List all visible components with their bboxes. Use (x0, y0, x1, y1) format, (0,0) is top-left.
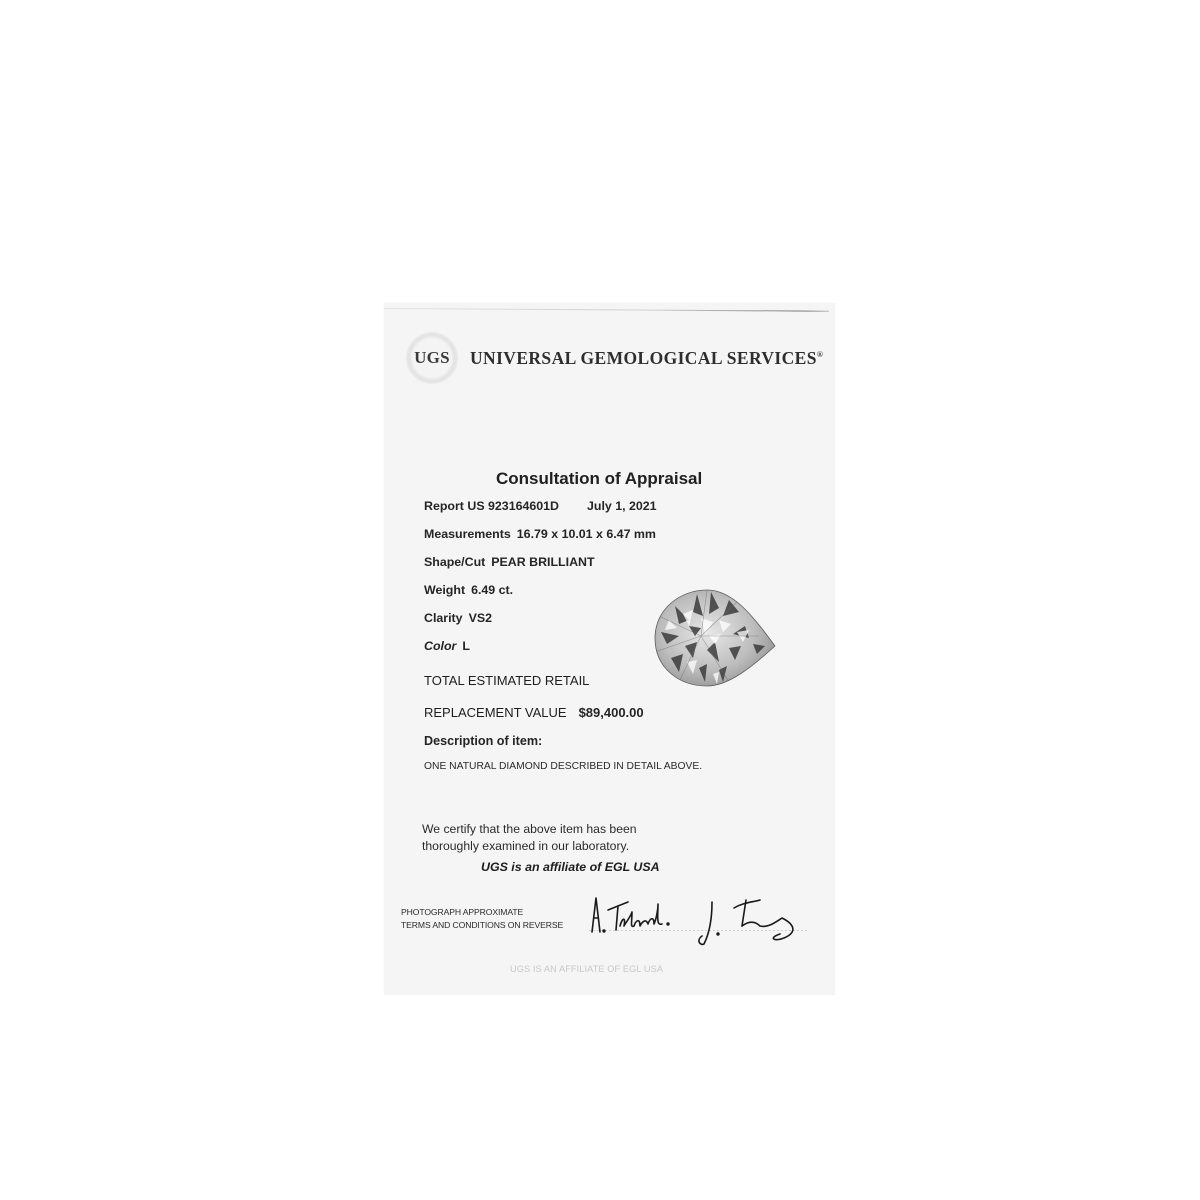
certification-statement: We certify that the above item has been … (422, 821, 637, 855)
clarity-field: ClarityVS2 (424, 611, 492, 625)
weight-field: Weight6.49 ct. (424, 583, 513, 597)
affiliate-statement: UGS is an affiliate of EGL USA (481, 860, 660, 874)
company-name-text: UNIVERSAL GEMOLOGICAL SERVICES (470, 348, 817, 368)
photo-note-line-1: PHOTOGRAPH APPROXIMATE (401, 906, 563, 919)
measurements-field: Measurements16.79 x 10.01 x 6.47 mm (424, 527, 656, 541)
replacement-value-label: REPLACEMENT VALUE (424, 705, 567, 720)
color-label: Color (424, 639, 456, 653)
certify-line-2: thoroughly examined in our laboratory. (422, 838, 637, 855)
weight-label: Weight (424, 583, 465, 597)
measurements-label: Measurements (424, 527, 511, 541)
company-name: UNIVERSAL GEMOLOGICAL SERVICES® (470, 348, 823, 369)
photo-terms-note: PHOTOGRAPH APPROXIMATE TERMS AND CONDITI… (401, 906, 563, 932)
total-estimated-retail-label: TOTAL ESTIMATED RETAIL (424, 673, 589, 688)
clarity-value: VS2 (469, 611, 492, 625)
total-estimated-retail: TOTAL ESTIMATED RETAIL (424, 673, 589, 688)
pear-diamond-photo-icon (649, 586, 779, 690)
report-date: July 1, 2021 (587, 499, 657, 513)
shape-cut-label: Shape/Cut (424, 555, 485, 569)
signature-icon (584, 888, 814, 948)
weight-value: 6.49 ct. (471, 583, 513, 597)
measurements-value: 16.79 x 10.01 x 6.47 mm (517, 527, 656, 541)
replacement-value-field: REPLACEMENT VALUE$89,400.00 (424, 705, 644, 720)
color-value: L (462, 639, 470, 653)
faint-affiliate-footer: UGS IS AN AFFILIATE OF EGL USA (510, 964, 663, 974)
ugs-logo-seal-icon: UGS (406, 332, 458, 384)
color-field: ColorL (424, 639, 470, 653)
photo-note-line-2: TERMS AND CONDITIONS ON REVERSE (401, 919, 563, 932)
certify-line-1: We certify that the above item has been (422, 821, 637, 838)
report-number: Report US 923164601D (424, 499, 559, 513)
document-title: Consultation of Appraisal (496, 469, 702, 489)
description-text: ONE NATURAL DIAMOND DESCRIBED IN DETAIL … (424, 761, 702, 772)
registered-mark: ® (817, 350, 823, 359)
certificate-header: UGS UNIVERSAL GEMOLOGICAL SERVICES® (406, 333, 823, 383)
shape-cut-field: Shape/CutPEAR BRILLIANT (424, 555, 595, 569)
clarity-label: Clarity (424, 611, 463, 625)
logo-text: UGS (414, 348, 450, 368)
description-label: Description of item: (424, 734, 542, 748)
appraisal-certificate: UGS UNIVERSAL GEMOLOGICAL SERVICES® Cons… (384, 303, 835, 995)
report-number-line: Report US 923164601DJuly 1, 2021 (424, 499, 657, 513)
shape-cut-value: PEAR BRILLIANT (491, 555, 594, 569)
paper-edge-line (384, 308, 829, 312)
replacement-value-amount: $89,400.00 (579, 705, 644, 720)
